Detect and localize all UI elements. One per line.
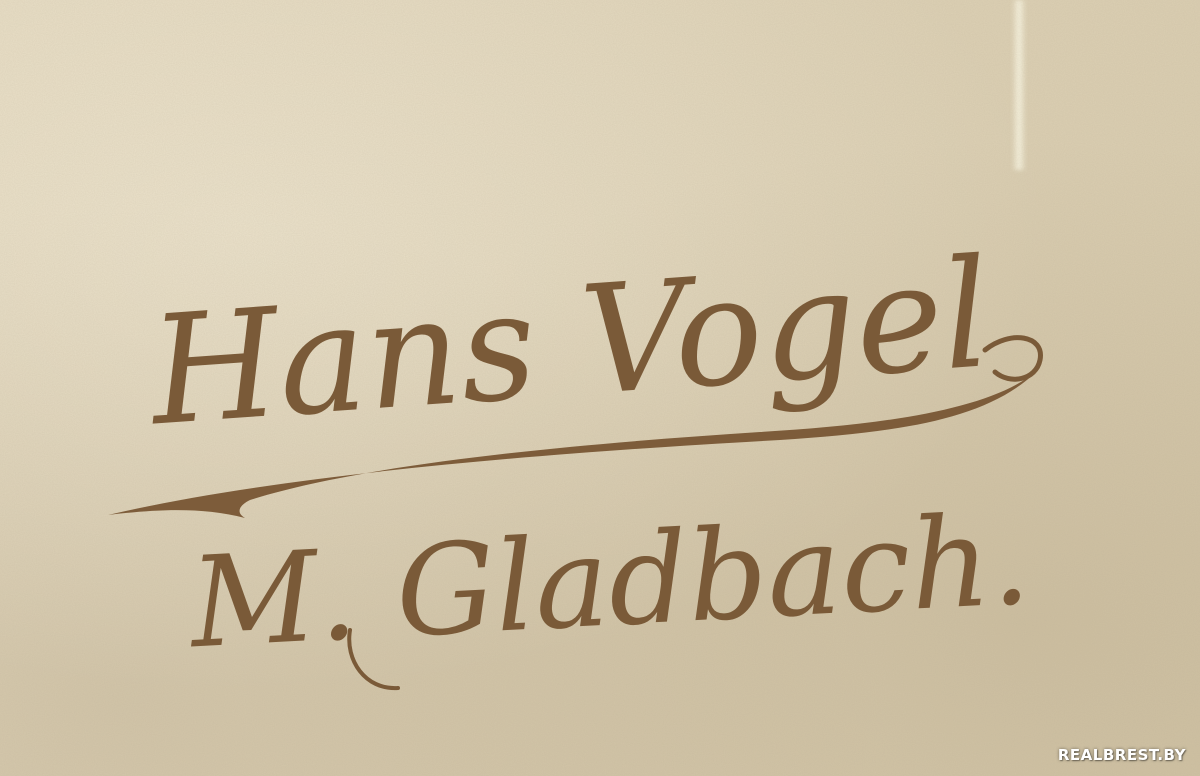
flourish-loop	[985, 338, 1040, 380]
aged-paper-photo: Hans Vogel M. Gladbach. REALBREST.BY	[0, 0, 1200, 776]
watermark: REALBREST.BY	[1058, 746, 1186, 764]
handwritten-inscription: Hans Vogel M. Gladbach.	[0, 0, 1200, 776]
place-line: M. Gladbach.	[185, 488, 1033, 677]
